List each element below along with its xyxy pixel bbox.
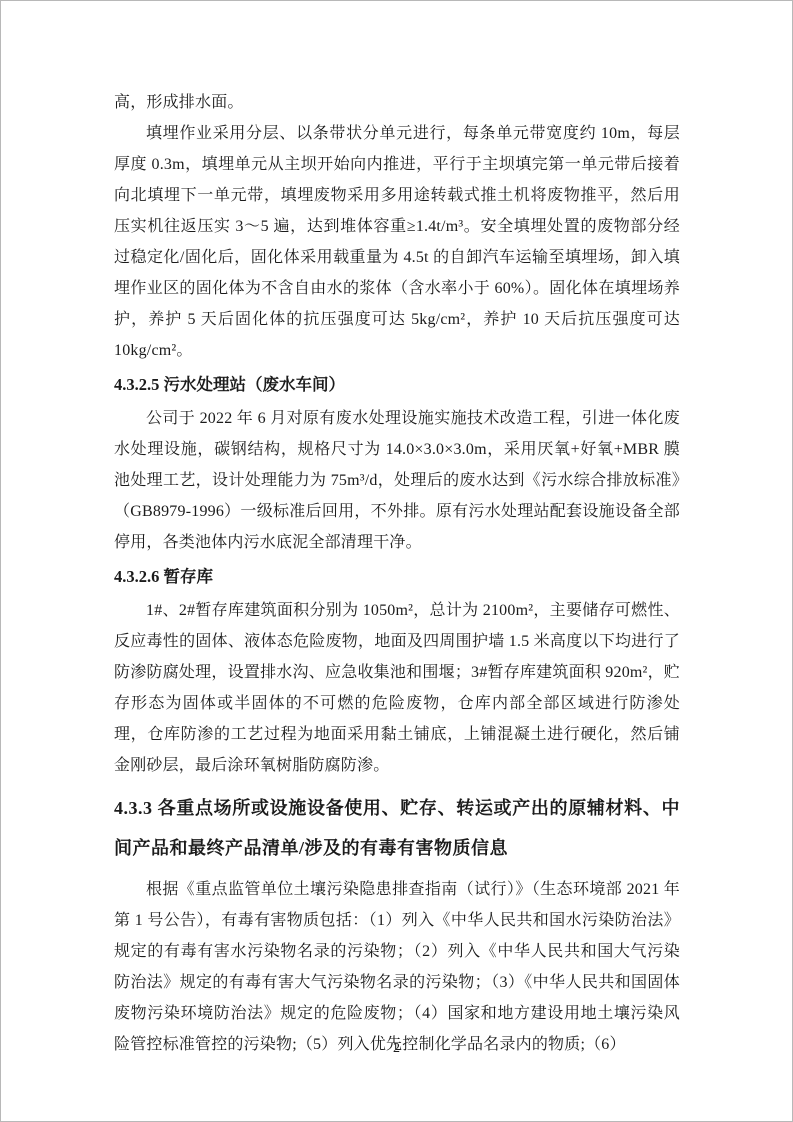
paragraph-sewage-treatment: 公司于 2022 年 6 月对原有废水处理设施实施技术改造工程，引进一体化废水处…	[114, 403, 680, 558]
page-number: 2	[1, 1039, 792, 1059]
section-heading-4-3-2-6: 4.3.2.6 暂存库	[114, 561, 680, 592]
paragraph-temporary-storage: 1#、2#暂存库建筑面积分别为 1050m²，总计为 2100m²，主要储存可燃…	[114, 595, 680, 781]
section-heading-4-3-3: 4.3.3 各重点场所或设施设备使用、贮存、转运或产出的原辅材料、中间产品和最终…	[114, 788, 680, 868]
paragraph-carryover: 高，形成排水面。	[114, 87, 680, 118]
document-page: 高，形成排水面。 填埋作业采用分层、以条带状分单元进行，每条单元带宽度约 10m…	[0, 0, 793, 1122]
paragraph-landfill-operations: 填埋作业采用分层、以条带状分单元进行，每条单元带宽度约 10m，每层厚度 0.3…	[114, 118, 680, 366]
document-body: 高，形成排水面。 填埋作业采用分层、以条带状分单元进行，每条单元带宽度约 10m…	[114, 87, 680, 1060]
section-heading-4-3-2-5: 4.3.2.5 污水处理站（废水车间）	[114, 369, 680, 400]
paragraph-toxic-substances: 根据《重点监管单位土壤污染隐患排查指南（试行）》（生态环境部 2021 年第 1…	[114, 874, 680, 1060]
